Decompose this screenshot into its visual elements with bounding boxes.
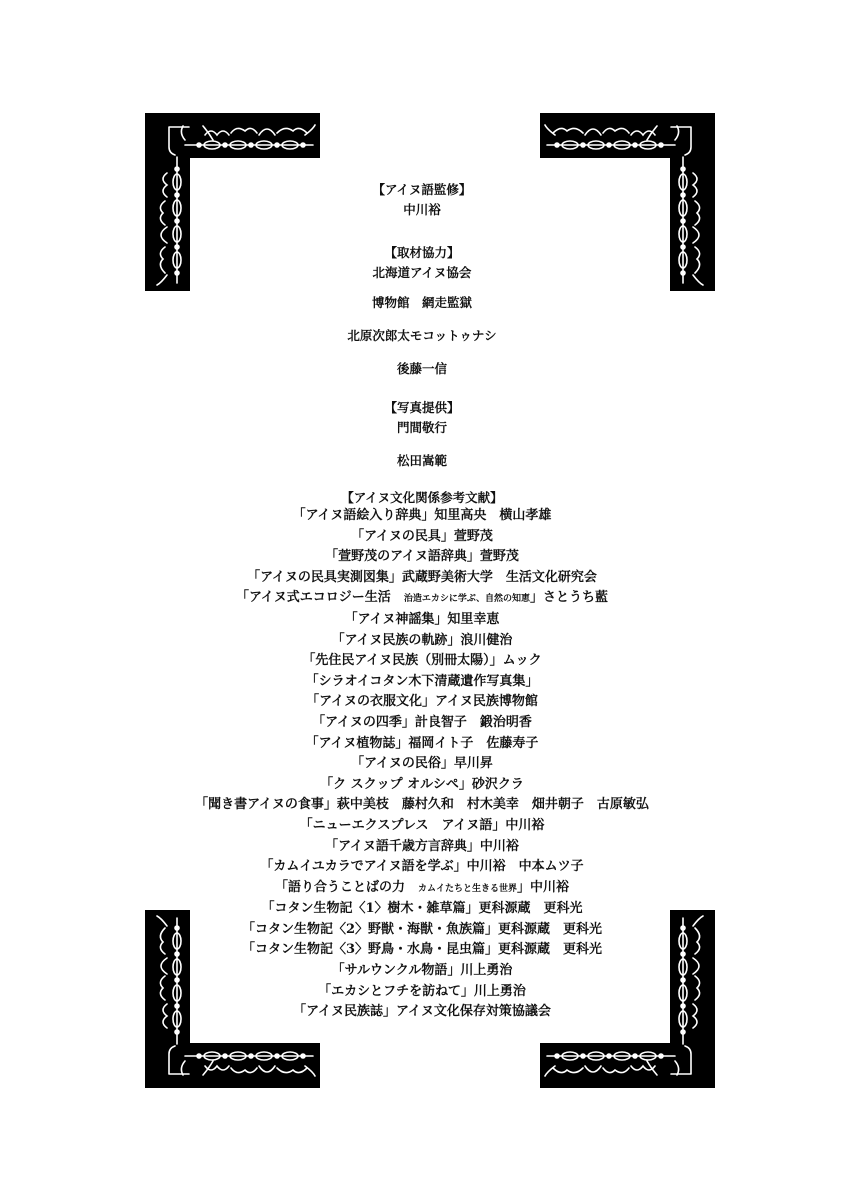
reference-title: 「コタン生物記〈1〉樹木・雑草篇」 <box>261 901 478 916</box>
reference-title: 「アイヌ語千歳方言辞典」 <box>325 839 480 854</box>
reference-item: 「コタン生物記〈2〉野獣・海獣・魚族篇」更科源蔵 更科光 <box>0 920 844 941</box>
reference-subtitle: 治造エカシに学ぶ、自然の知恵 <box>404 594 530 604</box>
reference-item: 「カムイユカラでアイヌ語を学ぶ」中川裕 中本ムツ子 <box>0 857 844 878</box>
reference-subtitle: カムイたちと生きる世界 <box>418 884 517 894</box>
reference-author: アイヌ民族博物館 <box>435 694 538 709</box>
section-heading-cooperation: 【取材協力】 <box>0 243 844 261</box>
reference-author: 萩中美枝 藤村久和 村木美幸 畑井朝子 古原敏弘 <box>337 797 649 812</box>
reference-title: 「カムイユカラでアイヌ語を学ぶ」 <box>260 859 466 874</box>
reference-item: 「語り合うことばの力 カムイたちと生きる世界」中川裕 <box>0 878 844 900</box>
credit-name: 北海道アイヌ協会 <box>0 263 844 281</box>
reference-item: 「アイヌ民族の軌跡」浪川健治 <box>0 631 844 652</box>
reference-title: 「語り合うことばの力 <box>275 880 418 895</box>
reference-author: 中川裕 <box>530 880 569 895</box>
reference-item: 「アイヌの民俗」早川昇 <box>0 754 844 775</box>
reference-title: 「ニューエクスプレス アイヌ語」 <box>300 818 506 833</box>
reference-author: 川上勇治 <box>474 984 526 999</box>
reference-title: 「聞き書アイヌの食事」 <box>195 797 337 812</box>
credit-name: 松田嵩範 <box>0 451 844 469</box>
reference-item: 「アイヌ語千歳方言辞典」中川裕 <box>0 837 844 858</box>
reference-author: さとうち藍 <box>543 590 608 605</box>
reference-title: 「サルウンクル物語」 <box>332 963 461 978</box>
reference-title: 「アイヌの民具」 <box>351 529 454 544</box>
credit-name: 北原次郎太モコットゥナシ <box>0 326 844 344</box>
reference-item: 「アイヌの民具実測図集」武蔵野美術大学 生活文化研究会 <box>0 568 844 589</box>
reference-item: 「シラオイコタン木下清蔵遺作写真集」 <box>0 672 844 693</box>
reference-item: 「先住民アイヌ民族（別冊太陽）」ムック <box>0 651 844 672</box>
reference-author: 更科源蔵 更科光 <box>479 901 583 916</box>
reference-item: 「アイヌ植物誌」福岡イト子 佐藤寿子 <box>0 734 844 755</box>
reference-author: 砂沢クラ <box>472 777 524 792</box>
section-heading-references: 【アイヌ文化関係参考文献】 <box>0 488 844 506</box>
reference-author: 萱野茂 <box>480 549 519 564</box>
section-heading-supervision: 【アイヌ語監修】 <box>0 180 844 198</box>
reference-title: 「アイヌの衣服文化」 <box>306 694 435 709</box>
reference-author: 中川裕 中本ムツ子 <box>467 859 584 874</box>
reference-title: 「アイヌ神謡集」 <box>345 612 448 627</box>
reference-item: 「アイヌ民族誌」アイヌ文化保存対策協議会 <box>0 1002 844 1023</box>
reference-title: 「ク スクップ オルシペ」 <box>320 777 472 792</box>
reference-item: 「ニューエクスプレス アイヌ語」中川裕 <box>0 816 844 837</box>
reference-author: 更科源蔵 更科光 <box>498 942 602 957</box>
credit-name: 中川裕 <box>0 200 844 218</box>
reference-item: 「アイヌ神謡集」知里幸恵 <box>0 610 844 631</box>
reference-title-end: 」 <box>530 590 543 605</box>
reference-title: 「エカシとフチを訪ねて」 <box>318 984 474 999</box>
reference-author: 計良智子 鍛治明香 <box>415 715 532 730</box>
reference-author: 川上勇治 <box>460 963 512 978</box>
reference-author: 福岡イト子 佐藤寿子 <box>408 736 538 751</box>
reference-item: 「アイヌの四季」計良智子 鍛治明香 <box>0 713 844 734</box>
reference-title: 「アイヌ式エコロジー生活 <box>236 590 404 605</box>
reference-title: 「コタン生物記〈2〉野獣・海獣・魚族篇」 <box>242 922 498 937</box>
reference-author: 知里幸恵 <box>447 612 499 627</box>
reference-title-end: 」 <box>517 880 530 895</box>
reference-author: 武蔵野美術大学 生活文化研究会 <box>402 570 597 585</box>
reference-item: 「アイヌ式エコロジー生活 治造エカシに学ぶ、自然の知恵」さとうち藍 <box>0 588 844 610</box>
reference-author: 中川裕 <box>505 818 544 833</box>
reference-item: 「アイヌの民具」萱野茂 <box>0 527 844 548</box>
reference-item: 「アイヌ語絵入り辞典」知里高央 横山孝雄 <box>0 506 844 527</box>
reference-title: 「アイヌの四季」 <box>312 715 415 730</box>
reference-title: 「先住民アイヌ民族（別冊太陽）」 <box>302 653 502 668</box>
section-heading-photos: 【写真提供】 <box>0 398 844 416</box>
reference-item: 「ク スクップ オルシペ」砂沢クラ <box>0 775 844 796</box>
reference-item: 「エカシとフチを訪ねて」川上勇治 <box>0 982 844 1003</box>
reference-item: 「アイヌの衣服文化」アイヌ民族博物館 <box>0 692 844 713</box>
reference-title: 「萱野茂のアイヌ語辞典」 <box>325 549 480 564</box>
reference-author: 萱野茂 <box>454 529 493 544</box>
reference-title: 「アイヌ民族の軌跡」 <box>332 633 461 648</box>
credit-name: 門間敬行 <box>0 418 844 436</box>
reference-title: 「シラオイコタン木下清蔵遺作写真集」 <box>306 674 539 689</box>
reference-list: 「アイヌ語絵入り辞典」知里高央 横山孝雄 「アイヌの民具」萱野茂 「萱野茂のアイ… <box>0 506 844 1023</box>
reference-author: 早川昇 <box>454 756 493 771</box>
reference-title: 「アイヌの民俗」 <box>351 756 454 771</box>
reference-author: 更科源蔵 更科光 <box>498 922 602 937</box>
reference-item: 「萱野茂のアイヌ語辞典」萱野茂 <box>0 547 844 568</box>
reference-item: 「コタン生物記〈1〉樹木・雑草篇」更科源蔵 更科光 <box>0 899 844 920</box>
reference-author: アイヌ文化保存対策協議会 <box>396 1004 551 1019</box>
reference-item: 「サルウンクル物語」川上勇治 <box>0 961 844 982</box>
credit-name: 博物館 網走監獄 <box>0 293 844 311</box>
reference-author: ムック <box>503 653 542 668</box>
reference-title: 「アイヌ語絵入り辞典」 <box>293 508 435 523</box>
reference-item: 「コタン生物記〈3〉野鳥・水鳥・昆虫篇」更科源蔵 更科光 <box>0 940 844 961</box>
credit-name: 後藤一信 <box>0 359 844 377</box>
reference-item: 「聞き書アイヌの食事」萩中美枝 藤村久和 村木美幸 畑井朝子 古原敏弘 <box>0 795 844 816</box>
reference-title: 「アイヌ民族誌」 <box>293 1004 396 1019</box>
reference-title: 「アイヌ植物誌」 <box>306 736 409 751</box>
reference-author: 浪川健治 <box>460 633 512 648</box>
reference-author: 知里高央 横山孝雄 <box>434 508 551 523</box>
reference-author: 中川裕 <box>480 839 519 854</box>
reference-title: 「アイヌの民具実測図集」 <box>247 570 402 585</box>
reference-title: 「コタン生物記〈3〉野鳥・水鳥・昆虫篇」 <box>242 942 498 957</box>
